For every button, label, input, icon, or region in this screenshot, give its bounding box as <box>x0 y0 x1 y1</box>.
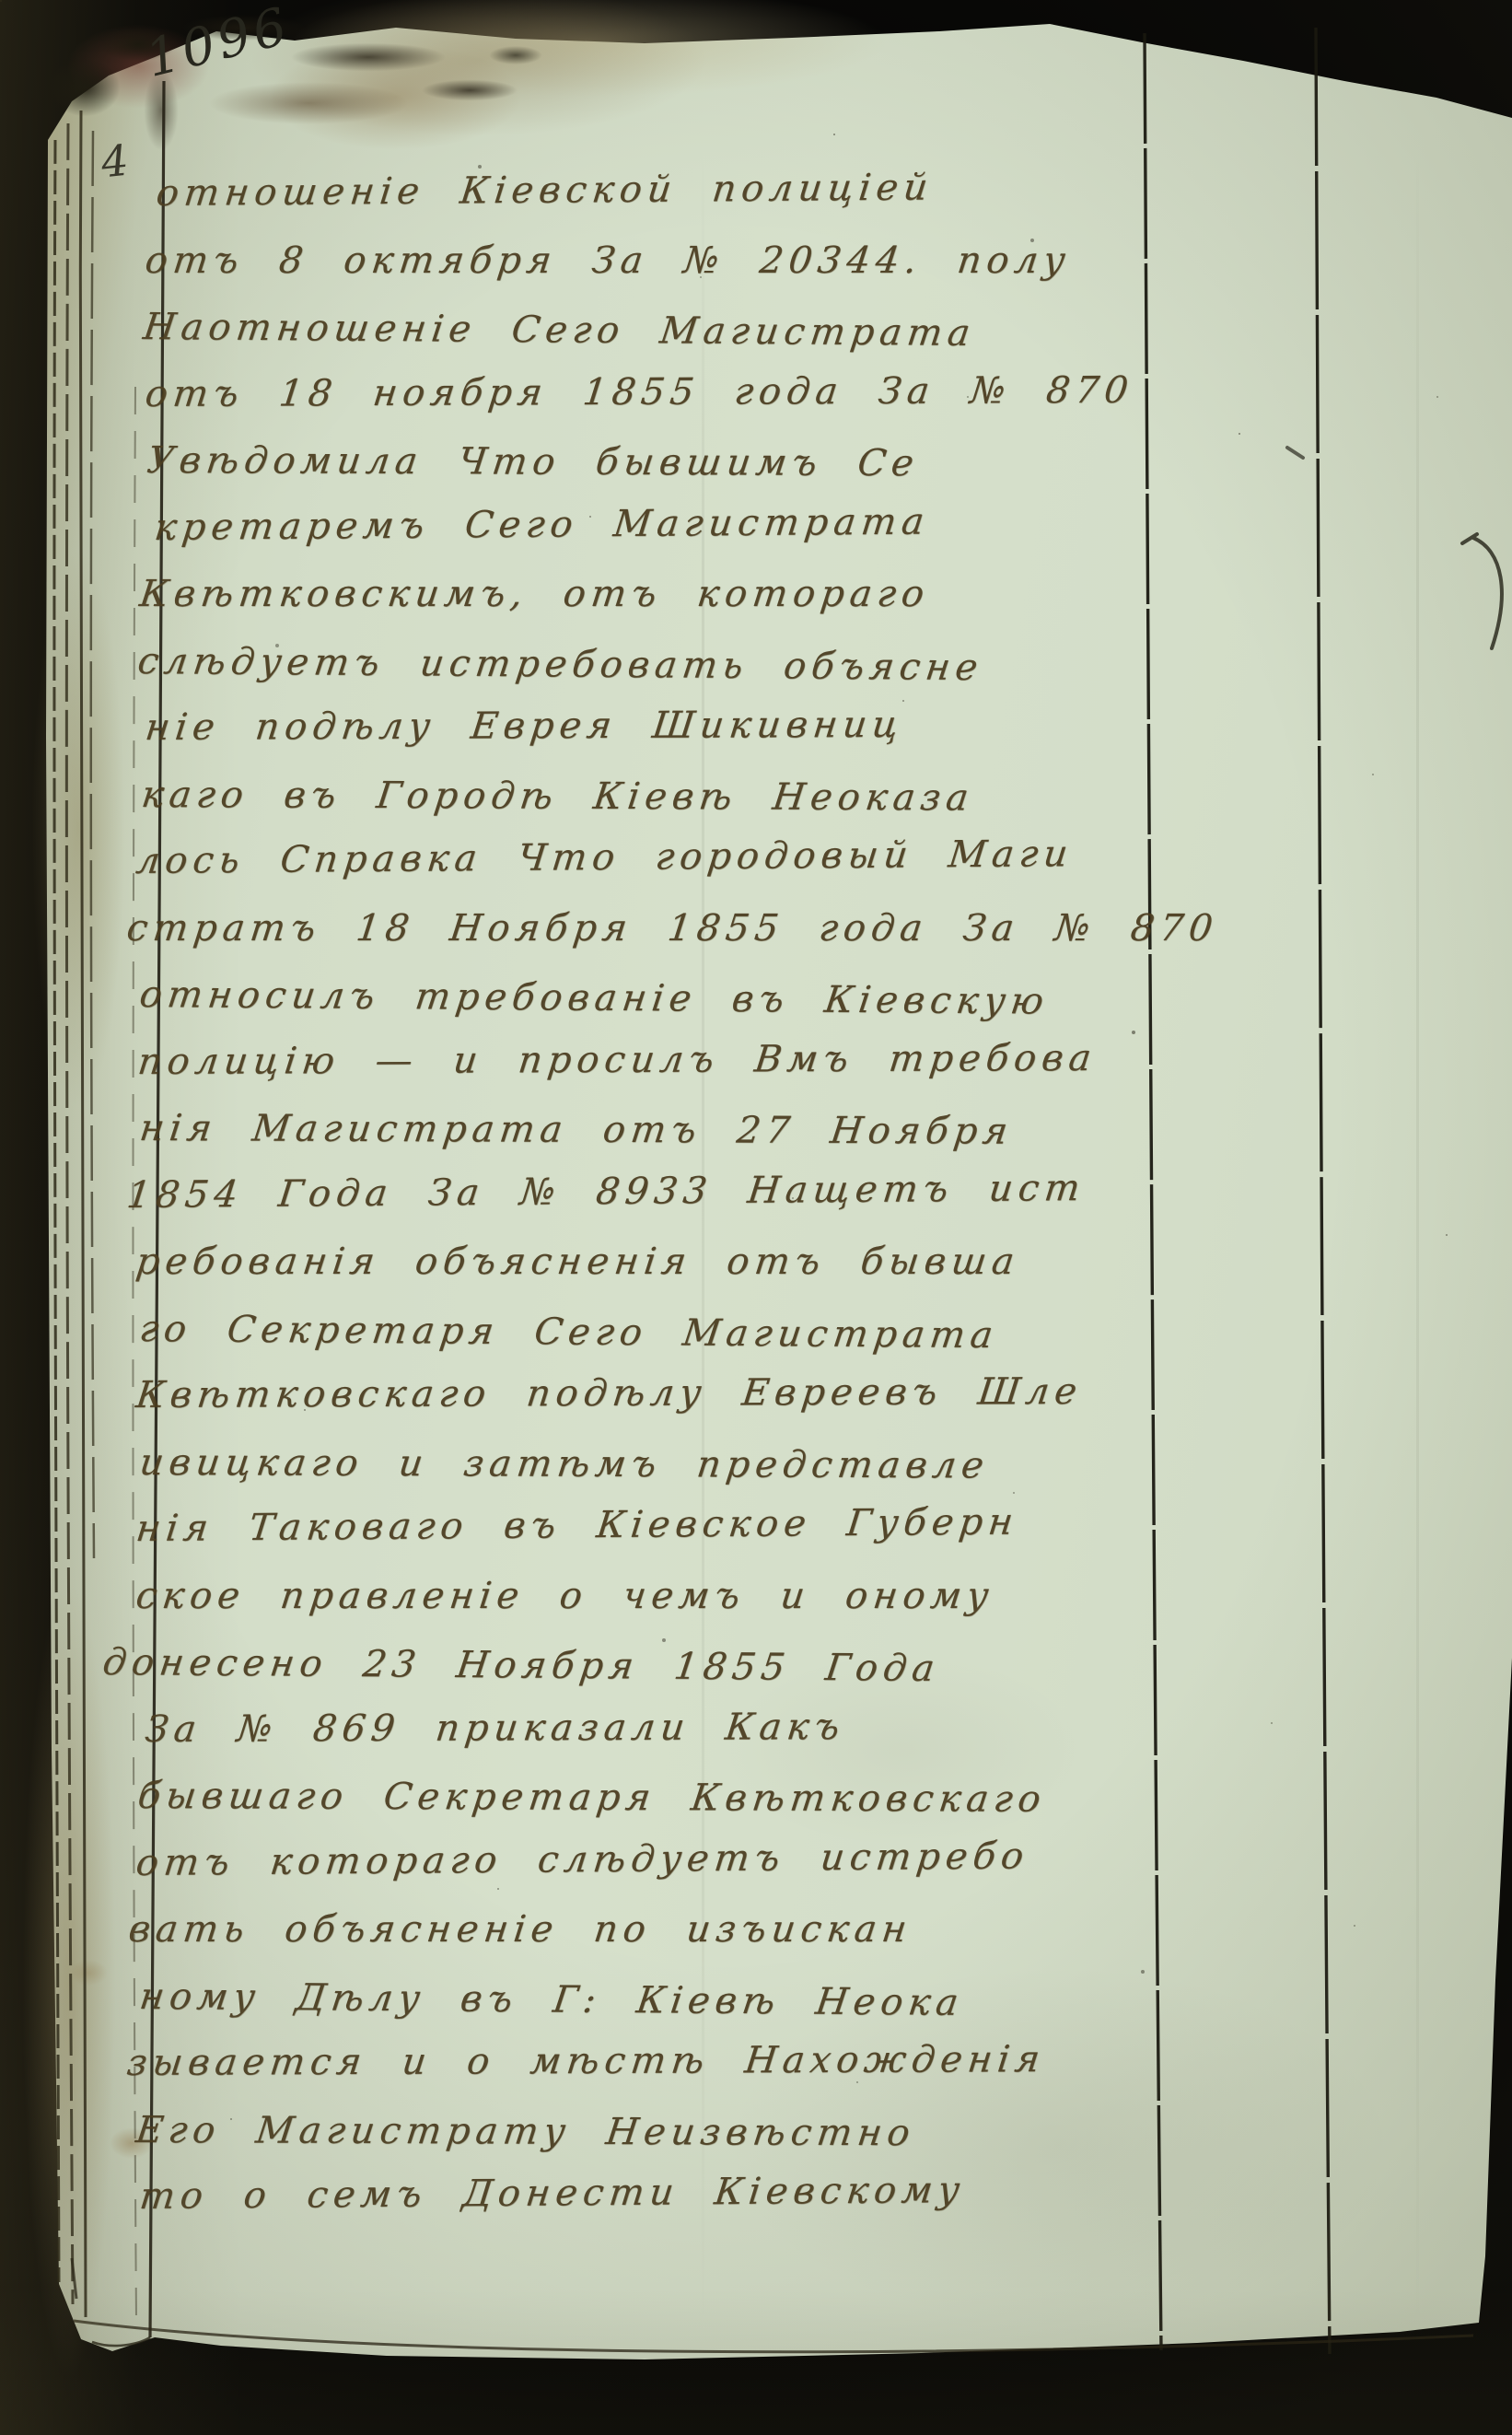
scanned-book-photo: 1096 4 отношеніе Кіевской полиціейотъ 8 … <box>0 0 1512 2435</box>
manuscript-line: каго въ Городѣ Кіевѣ Неоказа <box>138 767 977 825</box>
manuscript-line: стратъ 18 Ноября 1855 года За № 870 <box>123 901 1221 956</box>
manuscript-line: то о семъ Донести Кіевскому <box>137 2162 969 2224</box>
manuscript-line: отъ 8 октября За № 20344. полу <box>142 233 1074 288</box>
manuscript-line: зывается и о мѣстѣ Нахожденія <box>123 2032 1048 2091</box>
manuscript-line: отношеніе Кіевской полиціей <box>154 160 936 221</box>
manuscript-line: бывшаго Секретаря Квѣтковскаго <box>134 1768 1049 1827</box>
manuscript-line: полицію — и просилъ Вмъ требова <box>134 1031 1099 1089</box>
manuscript-line: нія Магистрата отъ 27 Ноября <box>136 1101 1017 1159</box>
manuscript-line: Квѣтковскимъ, отъ котораго <box>136 566 933 622</box>
manuscript-line: ивицкаго и затѣмъ представле <box>136 1435 993 1494</box>
manuscript-line: кретаремъ Сего Магистрата <box>152 494 933 554</box>
manuscript-line: относилъ требованіе въ Кіевскую <box>136 967 1053 1030</box>
manuscript-line: отъ котораго слѣдуетъ истребо <box>134 1828 1032 1890</box>
manuscript-line: ному Дѣлу въ Г: Кіевѣ Неока <box>136 1969 967 2031</box>
manuscript-line: Квѣтковскаго подѣлу Евреевъ Шле <box>133 1364 1085 1423</box>
manuscript-line: вать объясненіе по изъискан <box>125 1902 915 1957</box>
manuscript-line: отъ 18 ноября 1855 года За № 870 <box>142 362 1136 421</box>
manuscript-line: ское правленіе о чемъ и оному <box>133 1568 997 1624</box>
page-number: 4 <box>99 135 131 188</box>
manuscript-line: го Секретаря Сего Магистрата <box>136 1301 1002 1363</box>
manuscript-line: Увѣдомила Что бывшимъ Се <box>144 433 922 491</box>
manuscript-line: 1854 Года За № 8933 Нащетъ ист <box>124 1160 1088 1223</box>
manuscript-line: донесено 23 Ноября 1855 Года <box>99 1635 943 1696</box>
manuscript-line: ребованія объясненія отъ бывша <box>133 1234 1022 1289</box>
manuscript-line: За № 869 приказали Какъ <box>142 1699 847 1757</box>
manuscript-line: ніе подѣлу Еврея Шикивниц <box>142 697 906 755</box>
manuscript-line: лось Справка Что городовый Маги <box>134 826 1076 889</box>
manuscript-line: нія Таковаго въ Кіевское Губерн <box>134 1495 1022 1556</box>
manuscript-line: Его Магистрату Неизвѣстно <box>133 2103 918 2161</box>
dust-specks <box>0 0 2 2</box>
manuscript-line: слѣдуетъ истребовать объясне <box>134 634 986 695</box>
manuscript-line: Наотношеніе Сего Магистрата <box>140 299 979 361</box>
